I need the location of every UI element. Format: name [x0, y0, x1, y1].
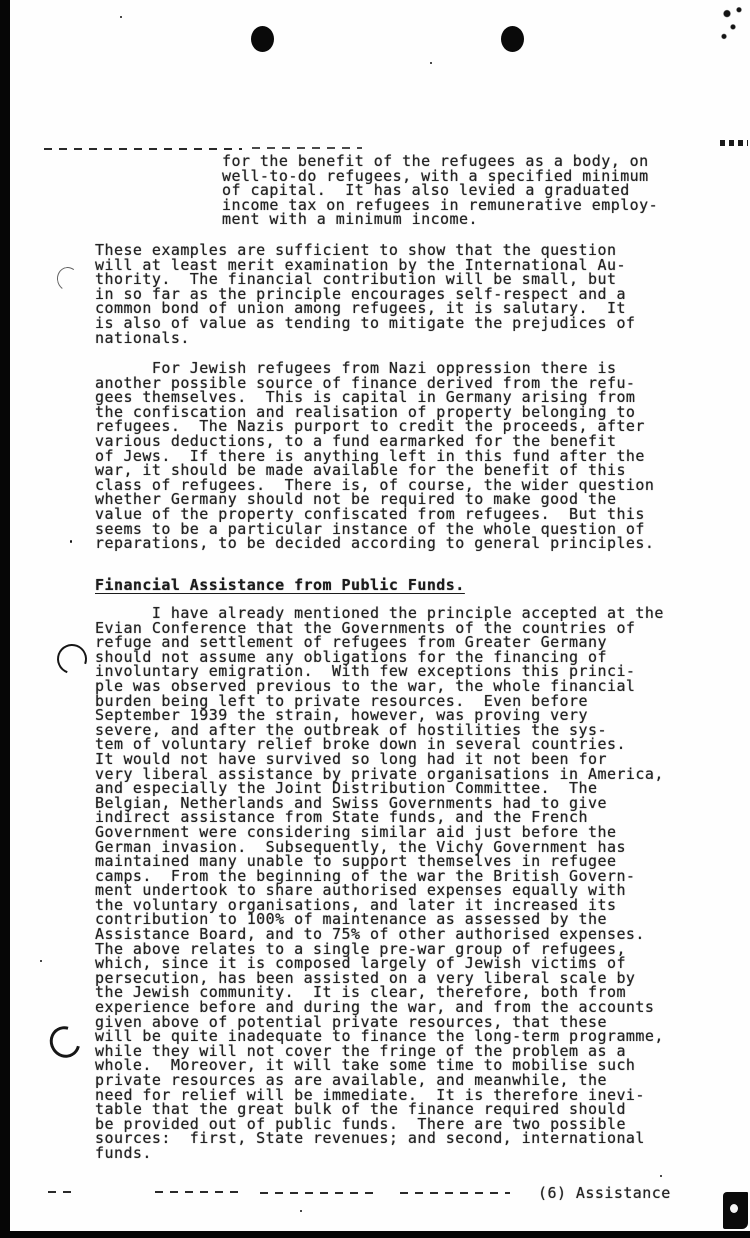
- scan-speck: [70, 540, 72, 543]
- margin-circle-mark: [52, 639, 92, 679]
- dashed-artifact-line: [48, 1191, 78, 1193]
- scan-speck: [40, 960, 42, 962]
- scanned-document-page: for the benefit of the refugees as a bod…: [0, 0, 750, 1238]
- hole-punch-dot-right: [501, 26, 524, 52]
- page-footer-catchword: (6) Assistance: [538, 1184, 671, 1202]
- margin-c-mark: [44, 1021, 86, 1064]
- hole-punch-dot-left: [251, 26, 274, 52]
- dashed-artifact-line: [400, 1192, 510, 1194]
- scan-noise-top-right: [718, 6, 748, 44]
- scan-speck: [120, 16, 122, 18]
- scan-blob-bottom-right: [723, 1192, 748, 1229]
- dashed-artifact-line: [252, 147, 362, 149]
- scan-speck: [430, 62, 432, 64]
- scan-speck: [300, 1210, 302, 1212]
- paragraph-jewish-refugees-finance: For Jewish refugees from Nazi oppression…: [95, 361, 654, 551]
- dashed-artifact-line: [260, 1192, 380, 1194]
- paragraph-public-funds: I have already mentioned the principle a…: [95, 606, 664, 1161]
- paragraph-examples-sufficient: These examples are sufficient to show th…: [95, 243, 635, 345]
- scan-edge-bar-left: [0, 0, 10, 1238]
- section-heading-financial-assistance: Financial Assistance from Public Funds.: [95, 576, 465, 594]
- scan-edge-bar-bottom: [0, 1231, 750, 1238]
- dashed-artifact-line: [44, 148, 242, 150]
- scan-noise-right-edge: [720, 140, 748, 146]
- scan-speck: [660, 1175, 662, 1177]
- indented-quote-block: for the benefit of the refugees as a bod…: [222, 154, 658, 227]
- dashed-artifact-line: [155, 1191, 239, 1193]
- margin-arc-mark: [55, 265, 81, 292]
